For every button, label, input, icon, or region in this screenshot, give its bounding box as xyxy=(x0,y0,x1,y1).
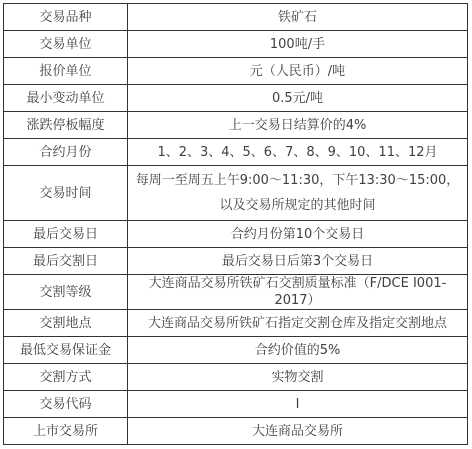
table-row: 交易代码I xyxy=(4,391,468,418)
spec-value: 1、2、3、4、5、6、7、8、9、10、11、12月 xyxy=(128,139,468,166)
spec-value: 大连商品交易所铁矿石交割质量标准（F/DCE I001-2017） xyxy=(128,275,468,310)
spec-value: 上一交易日结算价的4% xyxy=(128,112,468,139)
spec-value: 合约月份第10个交易日 xyxy=(128,221,468,248)
table-row: 最小变动单位0.5元/吨 xyxy=(4,85,468,112)
table-row: 上市交易所大连商品交易所 xyxy=(4,418,468,445)
spec-label: 交易代码 xyxy=(4,391,128,418)
spec-label: 最后交割日 xyxy=(4,248,128,275)
spec-value: 铁矿石 xyxy=(128,4,468,31)
table-row: 报价单位元（人民币）/吨 xyxy=(4,58,468,85)
table-row: 交易品种铁矿石 xyxy=(4,4,468,31)
spec-label: 报价单位 xyxy=(4,58,128,85)
spec-label: 交易时间 xyxy=(4,166,128,221)
spec-value: I xyxy=(128,391,468,418)
spec-label: 涨跌停板幅度 xyxy=(4,112,128,139)
table-row: 最后交易日合约月份第10个交易日 xyxy=(4,221,468,248)
spec-value: 实物交割 xyxy=(128,364,468,391)
spec-label: 最小变动单位 xyxy=(4,85,128,112)
spec-label: 上市交易所 xyxy=(4,418,128,445)
futures-contract-spec-table: 交易品种铁矿石交易单位100吨/手报价单位元（人民币）/吨最小变动单位0.5元/… xyxy=(3,3,468,445)
table-row: 交易时间每周一至周五上午9:00～11:30，下午13:30～15:00，以及交… xyxy=(4,166,468,221)
table-row: 交易单位100吨/手 xyxy=(4,31,468,58)
spec-label: 交易单位 xyxy=(4,31,128,58)
table-row: 交割方式实物交割 xyxy=(4,364,468,391)
table-row: 合约月份1、2、3、4、5、6、7、8、9、10、11、12月 xyxy=(4,139,468,166)
spec-label: 交割等级 xyxy=(4,275,128,310)
spec-label: 交割方式 xyxy=(4,364,128,391)
table-row: 最后交割日最后交易日后第3个交易日 xyxy=(4,248,468,275)
spec-label: 交割地点 xyxy=(4,310,128,337)
spec-value: 大连商品交易所 xyxy=(128,418,468,445)
spec-value: 0.5元/吨 xyxy=(128,85,468,112)
spec-value: 最后交易日后第3个交易日 xyxy=(128,248,468,275)
spec-value: 每周一至周五上午9:00～11:30，下午13:30～15:00，以及交易所规定… xyxy=(128,166,468,221)
spec-value: 大连商品交易所铁矿石指定交割仓库及指定交割地点 xyxy=(128,310,468,337)
spec-value: 元（人民币）/吨 xyxy=(128,58,468,85)
table-row: 交割地点大连商品交易所铁矿石指定交割仓库及指定交割地点 xyxy=(4,310,468,337)
spec-label: 最低交易保证金 xyxy=(4,337,128,364)
table-row: 交割等级大连商品交易所铁矿石交割质量标准（F/DCE I001-2017） xyxy=(4,275,468,310)
spec-label: 交易品种 xyxy=(4,4,128,31)
spec-label: 最后交易日 xyxy=(4,221,128,248)
spec-value: 合约价值的5% xyxy=(128,337,468,364)
spec-value: 100吨/手 xyxy=(128,31,468,58)
table-row: 涨跌停板幅度上一交易日结算价的4% xyxy=(4,112,468,139)
spec-label: 合约月份 xyxy=(4,139,128,166)
table-row: 最低交易保证金合约价值的5% xyxy=(4,337,468,364)
spec-table-body: 交易品种铁矿石交易单位100吨/手报价单位元（人民币）/吨最小变动单位0.5元/… xyxy=(4,4,468,445)
